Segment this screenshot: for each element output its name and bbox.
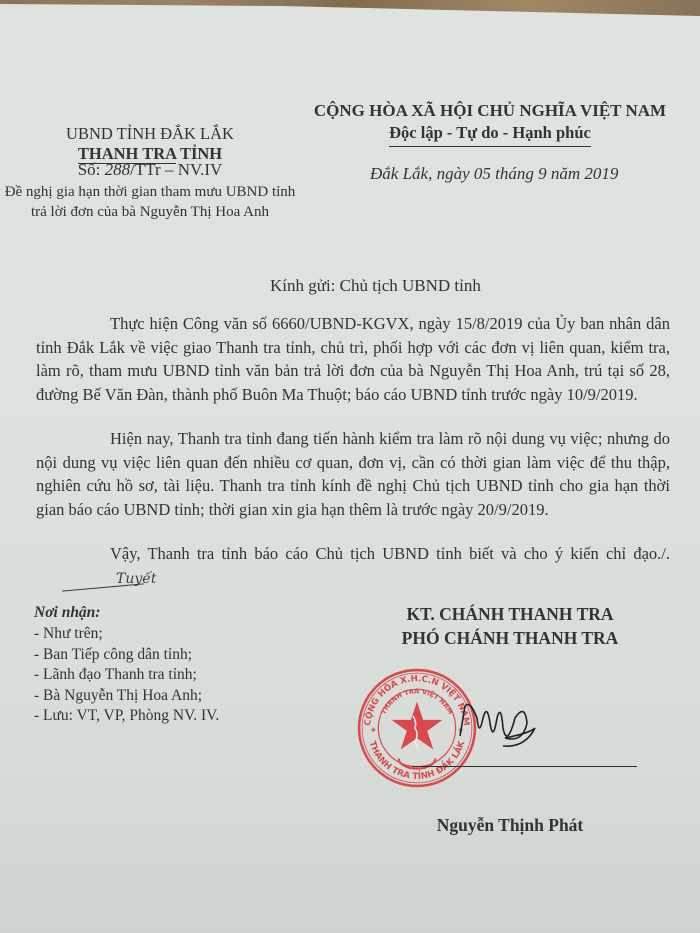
signer-name: Nguyễn Thịnh Phát: [345, 815, 675, 836]
recipient-item: - Như trên;: [34, 624, 219, 645]
handwritten-signature-icon: [455, 698, 545, 758]
agency-parent: UBND TỈNH ĐẮK LẮK: [0, 124, 300, 144]
recipient-line: Kính gửi: Chủ tịch UBND tỉnh: [270, 276, 481, 296]
national-motto: Độc lập - Tự do - Hạnh phúc: [389, 122, 591, 147]
recipient-item: - Bà Nguyễn Thị Hoa Anh;: [34, 686, 219, 707]
date-line: Đắk Lắk, ngày 05 tháng 9 năm 2019: [370, 164, 618, 184]
signature-title: KT. CHÁNH THANH TRA PHÓ CHÁNH THANH TRA: [345, 602, 675, 650]
reference-handwritten-number: 288: [105, 160, 131, 179]
body-paragraph-1: Thực hiện Công văn số 6660/UBND-KGVX, ng…: [36, 312, 670, 406]
reference-number: Số: 288/TTr – NV.IV: [0, 160, 300, 180]
svg-text:★: ★: [370, 726, 376, 734]
country-name: CỘNG HÒA XÃ HỘI CHỦ NGHĨA VIỆT NAM: [280, 100, 700, 122]
body-paragraph-2: Hiện nay, Thanh tra tỉnh đang tiến hành …: [36, 427, 670, 521]
recipients-list: - Như trên; - Ban Tiếp công dân tỉnh; - …: [34, 624, 219, 727]
signature-line: [412, 766, 637, 767]
issuing-agency: UBND TỈNH ĐẮK LẮK THANH TRA TỈNH: [0, 124, 300, 164]
recipient-item: - Lãnh đạo Thanh tra tỉnh;: [34, 665, 219, 686]
recipients-title: Nơi nhận:: [34, 604, 100, 622]
recipient-item: - Ban Tiếp công dân tỉnh;: [34, 645, 219, 666]
recipient-item: - Lưu: VT, VP, Phòng NV. IV.: [34, 706, 219, 727]
national-header: CỘNG HÒA XÃ HỘI CHỦ NGHĨA VIỆT NAM Độc l…: [280, 100, 700, 147]
document-subject: Đề nghị gia hạn thời gian tham mưu UBND …: [0, 182, 300, 222]
